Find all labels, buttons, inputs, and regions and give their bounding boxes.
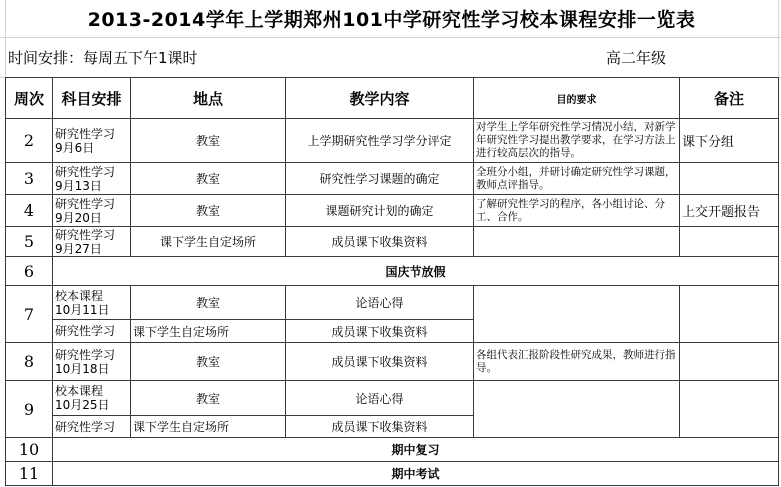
exam-span-cell: 期中考试 xyxy=(52,461,779,486)
header-subject: 科目安排 xyxy=(52,77,131,119)
week-number: 5 xyxy=(5,226,53,257)
purpose-cell xyxy=(473,226,680,257)
subject-cell: 研究性学习 9月13日 xyxy=(52,162,131,195)
subject-name: 研究性学习 xyxy=(55,228,115,242)
content-cell: 成员课下收集资料 xyxy=(285,319,474,343)
grade-label: 高二年级 xyxy=(606,47,666,68)
note-cell xyxy=(679,342,779,381)
note-cell: 上交开题报告 xyxy=(679,194,779,227)
purpose-cell xyxy=(473,380,680,438)
subject-date: 9月20日 xyxy=(55,211,102,225)
subject-name: 研究性学习 xyxy=(55,324,115,338)
subject-name: 研究性学习 xyxy=(55,348,115,362)
review-span-cell: 期中复习 xyxy=(52,437,779,462)
subject-cell: 校本课程 10月11日 xyxy=(52,285,131,320)
header-content: 教学内容 xyxy=(285,77,474,119)
subject-cell: 研究性学习 9月27日 xyxy=(52,226,131,257)
location-cell: 教室 xyxy=(130,118,286,163)
content-cell: 研究性学习课题的确定 xyxy=(285,162,474,195)
subject-date: 9月13日 xyxy=(55,179,102,193)
content-cell: 课题研究计划的确定 xyxy=(285,194,474,227)
location-cell: 教室 xyxy=(130,380,286,416)
purpose-cell: 各组代表汇报阶段性研究成果，教师进行指导。 xyxy=(473,342,680,381)
subject-cell: 研究性学习 9月20日 xyxy=(52,194,131,227)
purpose-cell: 了解研究性学习的程序，各小组讨论、分工、合作。 xyxy=(473,194,680,227)
header-note: 备注 xyxy=(679,77,779,119)
week-number: 9 xyxy=(5,380,53,438)
content-cell: 成员课下收集资料 xyxy=(285,342,474,381)
location-cell: 教室 xyxy=(130,285,286,320)
location-cell: 教室 xyxy=(130,194,286,227)
subject-cell: 校本课程 10月25日 xyxy=(52,380,131,416)
location-cell: 课下学生自定场所 xyxy=(130,415,286,438)
week-number: 6 xyxy=(5,256,53,286)
note-cell xyxy=(679,162,779,195)
subject-cell: 研究性学习 10月18日 xyxy=(52,342,131,381)
subject-name: 研究性学习 xyxy=(55,127,115,141)
header-location: 地点 xyxy=(130,77,286,119)
week-number: 2 xyxy=(5,118,53,163)
subject-date: 10月25日 xyxy=(55,398,110,412)
week-number: 7 xyxy=(5,285,53,343)
content-cell: 成员课下收集资料 xyxy=(285,226,474,257)
subject-name: 校本课程 xyxy=(55,384,103,398)
subject-cell: 研究性学习 xyxy=(52,415,131,438)
purpose-cell xyxy=(473,285,680,343)
subject-cell: 研究性学习 xyxy=(52,319,131,343)
subject-cell: 研究性学习 9月6日 xyxy=(52,118,131,163)
subject-name: 研究性学习 xyxy=(55,165,115,179)
note-cell xyxy=(679,380,779,438)
header-purpose: 目的要求 xyxy=(473,77,680,119)
subject-date: 10月11日 xyxy=(55,303,110,317)
page-title: 2013-2014学年上学期郑州101中学研究性学习校本课程安排一览表 xyxy=(5,0,778,37)
week-number: 11 xyxy=(5,461,53,486)
location-cell: 教室 xyxy=(130,162,286,195)
content-cell: 论语心得 xyxy=(285,380,474,416)
schedule-info-row: 时间安排：每周五下午1课时 高二年级 xyxy=(5,37,778,77)
purpose-cell: 全班分小组，并研讨确定研究性学习课题，教师点评指导。 xyxy=(473,162,680,195)
week-number: 3 xyxy=(5,162,53,195)
content-cell: 上学期研究性学习学分评定 xyxy=(285,118,474,163)
subject-date: 10月18日 xyxy=(55,362,110,376)
subject-date: 9月6日 xyxy=(55,141,94,155)
week-number: 4 xyxy=(5,194,53,227)
note-cell: 课下分组 xyxy=(679,118,779,163)
holiday-span-cell: 国庆节放假 xyxy=(52,256,779,286)
content-cell: 论语心得 xyxy=(285,285,474,320)
note-cell xyxy=(679,226,779,257)
subject-name: 研究性学习 xyxy=(55,420,115,434)
header-week: 周次 xyxy=(5,77,53,119)
location-cell: 课下学生自定场所 xyxy=(130,319,286,343)
location-cell: 课下学生自定场所 xyxy=(130,226,286,257)
week-number: 8 xyxy=(5,342,53,381)
content-cell: 成员课下收集资料 xyxy=(285,415,474,438)
week-number: 10 xyxy=(5,437,53,462)
location-cell: 教室 xyxy=(130,342,286,381)
time-arrangement: 时间安排：每周五下午1课时 xyxy=(8,47,198,68)
subject-date: 9月27日 xyxy=(55,242,102,256)
purpose-cell: 对学生上学年研究性学习情况小结，对新学年研究性学习提出教学要求，在学习方法上进行… xyxy=(473,118,680,163)
subject-name: 研究性学习 xyxy=(55,197,115,211)
note-cell xyxy=(679,285,779,343)
subject-name: 校本课程 xyxy=(55,289,103,303)
